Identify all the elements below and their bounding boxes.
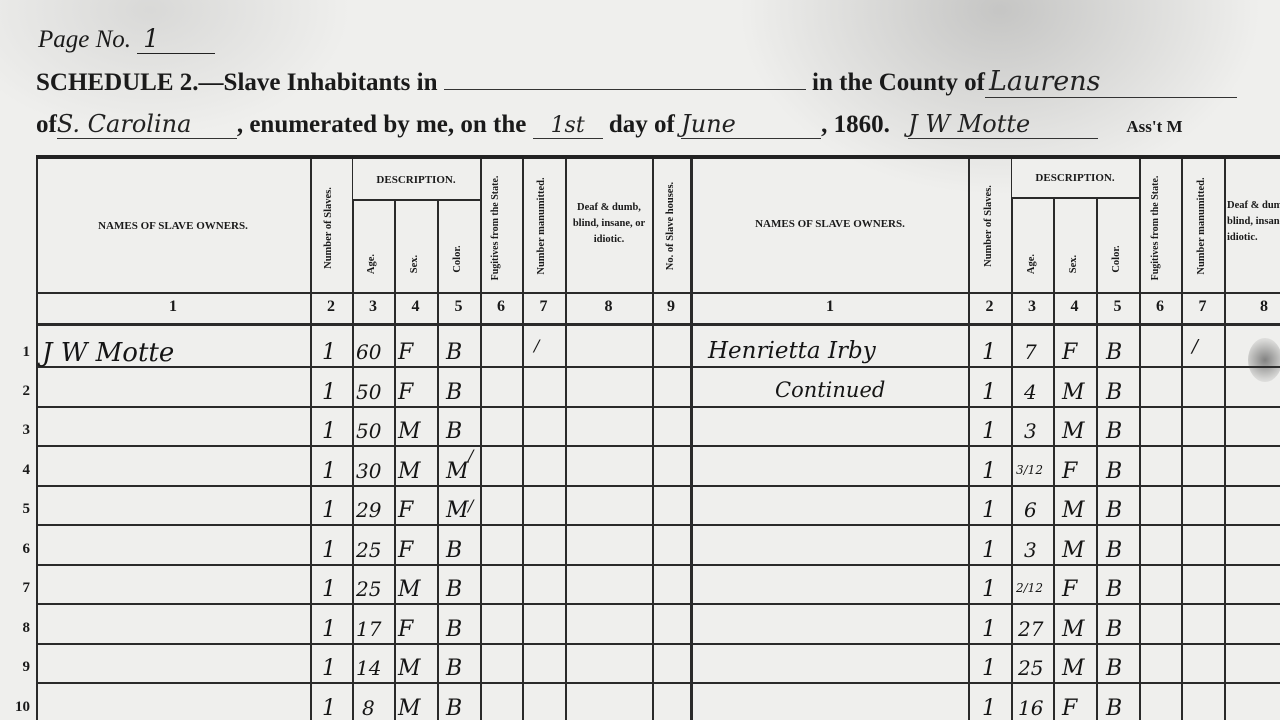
sex: M — [1062, 538, 1085, 563]
age: 3 — [1024, 419, 1037, 443]
column-number-3: 3 — [352, 298, 394, 316]
color: B — [446, 656, 462, 681]
age: 25 — [356, 577, 381, 601]
sex: F — [1062, 696, 1077, 720]
slave-count: 1 — [982, 696, 996, 720]
age: 4 — [1024, 380, 1037, 404]
column-header-deaf-dumb: Deaf & dumb, blind, insane, or idiotic. — [568, 200, 650, 248]
page-label: Page No. — [38, 26, 131, 53]
slave-count: 1 — [322, 656, 336, 681]
sex: M — [398, 696, 421, 720]
column-header-number-of-slaves: Number of Slaves. — [323, 168, 334, 288]
color: B — [1106, 459, 1122, 484]
slave-count: 1 — [322, 380, 336, 405]
sex: F — [398, 380, 413, 405]
column-number-7-right: 7 — [1181, 298, 1224, 316]
age: 6 — [1024, 498, 1037, 522]
row-number: 5 — [8, 501, 30, 518]
month-value: June — [681, 110, 821, 139]
row-number: 6 — [8, 541, 30, 558]
check-mark: / — [468, 446, 473, 465]
column-number-2-right: 2 — [968, 298, 1011, 316]
color: B — [1106, 577, 1122, 602]
enumeration-line: ofS. Carolina, enumerated by me, on the … — [36, 110, 1183, 139]
color: B — [446, 577, 462, 602]
sex: F — [1062, 577, 1077, 602]
manumitted-mark: / — [534, 336, 539, 355]
age: 2/12 — [1016, 581, 1043, 595]
column-header-owners: NAMES OF SLAVE OWNERS. — [40, 220, 306, 232]
sex: M — [1062, 380, 1085, 405]
slave-count: 1 — [982, 617, 996, 642]
column-number-6-right: 6 — [1139, 298, 1181, 316]
day-value: 1st — [533, 113, 603, 139]
county-value: Laurens — [985, 66, 1237, 98]
slave-count: 1 — [322, 577, 336, 602]
column-number-8-right: 8 — [1224, 298, 1280, 316]
age: 16 — [1018, 696, 1043, 720]
column-header-sex-right: Sex. — [1068, 244, 1079, 284]
slave-count: 1 — [982, 419, 996, 444]
county-label: in the County of — [812, 69, 985, 96]
color: B — [446, 617, 462, 642]
column-number-6: 6 — [480, 298, 522, 316]
column-number-1: 1 — [36, 298, 310, 316]
row-number: 7 — [8, 580, 30, 597]
enumerated-label: , enumerated by me, on the — [237, 111, 527, 138]
column-number-3-right: 3 — [1011, 298, 1053, 316]
color: B — [446, 419, 462, 444]
day-of-label: day of — [609, 111, 675, 138]
row-number: 2 — [8, 383, 30, 400]
sex: M — [1062, 656, 1085, 681]
slave-count: 1 — [982, 380, 996, 405]
slave-count: 1 — [322, 340, 336, 365]
sex: M — [398, 419, 421, 444]
color: B — [446, 340, 462, 365]
sex: M — [398, 656, 421, 681]
slave-count: 1 — [982, 538, 996, 563]
sex: M — [398, 577, 421, 602]
page-number-label: Page No. 1 — [38, 24, 215, 54]
sex: F — [398, 340, 413, 365]
slave-count: 1 — [322, 459, 336, 484]
age: 27 — [1018, 617, 1043, 641]
column-header-deaf-dumb-right: Deaf & dumb, blind, insane, or idiotic. — [1227, 198, 1280, 246]
column-number-5: 5 — [437, 298, 480, 316]
slave-count: 1 — [322, 696, 336, 720]
column-header-fugitives: Fugitives from the State. — [490, 168, 501, 288]
age: 8 — [362, 696, 375, 720]
sex: F — [398, 498, 413, 523]
column-header-sex: Sex. — [409, 244, 420, 284]
age: 3/12 — [1016, 463, 1043, 477]
year-value: , 1860. — [821, 111, 890, 138]
sex: F — [398, 538, 413, 563]
color: B — [1106, 617, 1122, 642]
sex: F — [1062, 459, 1077, 484]
page-number: 1 — [137, 24, 215, 54]
color: B — [1106, 380, 1122, 405]
column-number-7: 7 — [522, 298, 565, 316]
color: B — [446, 696, 462, 720]
slave-count: 1 — [982, 498, 996, 523]
color: B — [1106, 656, 1122, 681]
age: 3 — [1024, 538, 1037, 562]
location-blank — [444, 69, 806, 90]
color: B — [1106, 538, 1122, 563]
state-value: S. Carolina — [57, 110, 237, 139]
row-number: 3 — [8, 422, 30, 439]
column-header-number-of-slaves-right: Number of Slaves. — [983, 166, 994, 286]
row-number: 4 — [8, 462, 30, 479]
sex: M — [398, 459, 421, 484]
color: M — [446, 498, 469, 523]
column-header-slave-houses: No. of Slave houses. — [665, 162, 676, 290]
column-number-4: 4 — [394, 298, 437, 316]
color: B — [1106, 340, 1122, 365]
column-header-color-right: Color. — [1111, 234, 1122, 284]
asst-marshal-label: Ass't M — [1126, 117, 1182, 136]
slave-count: 1 — [322, 617, 336, 642]
owner-name: J W Motte — [42, 338, 174, 368]
census-page: Page No. 1 SCHEDULE 2.—Slave Inhabitants… — [0, 0, 1280, 720]
sex: F — [1062, 340, 1077, 365]
column-number-4-right: 4 — [1053, 298, 1096, 316]
row-number: 1 — [8, 344, 30, 361]
age: 60 — [356, 340, 381, 364]
column-header-age: Age. — [366, 244, 377, 284]
slave-count: 1 — [322, 419, 336, 444]
column-number-2: 2 — [310, 298, 352, 316]
color: B — [446, 538, 462, 563]
age: 25 — [1018, 656, 1043, 680]
column-header-manumitted: Number manumitted. — [536, 162, 547, 290]
slave-count: 1 — [982, 577, 996, 602]
color: B — [1106, 696, 1122, 720]
schedule-title-line: SCHEDULE 2.—Slave Inhabitants in in the … — [36, 66, 1237, 98]
age: 30 — [356, 459, 381, 483]
column-header-fugitives-right: Fugitives from the State. — [1150, 168, 1161, 288]
schedule-title: —Slave Inhabitants in — [199, 69, 438, 96]
age: 7 — [1024, 340, 1037, 364]
owner-continued-note: Continued — [775, 378, 885, 402]
enumerator-value: J W Motte — [908, 110, 1098, 139]
owner-name-right: Henrietta Irby — [708, 338, 876, 364]
manumitted-mark: / — [1192, 336, 1198, 357]
color: M — [446, 459, 469, 484]
sex: M — [1062, 498, 1085, 523]
age: 50 — [356, 380, 381, 404]
sex: M — [1062, 617, 1085, 642]
slave-count: 1 — [982, 459, 996, 484]
column-header-description: DESCRIPTION. — [352, 174, 480, 186]
color: B — [1106, 419, 1122, 444]
sex: M — [1062, 419, 1085, 444]
column-header-owners-right: NAMES OF SLAVE OWNERS. — [694, 218, 966, 230]
column-number-8: 8 — [565, 298, 652, 316]
row-number: 8 — [8, 620, 30, 637]
slave-count: 1 — [322, 498, 336, 523]
slave-count: 1 — [322, 538, 336, 563]
row-number: 10 — [8, 699, 30, 716]
column-header-age-right: Age. — [1026, 244, 1037, 284]
slave-count: 1 — [982, 340, 996, 365]
age: 25 — [356, 538, 381, 562]
slave-count: 1 — [982, 656, 996, 681]
column-number-1-right: 1 — [692, 298, 968, 316]
column-number-5-right: 5 — [1096, 298, 1139, 316]
ink-blot — [1248, 338, 1280, 382]
check-mark: / — [468, 496, 473, 515]
sex: F — [398, 617, 413, 642]
column-header-manumitted-right: Number manumitted. — [1196, 162, 1207, 290]
color: B — [1106, 498, 1122, 523]
row-number: 9 — [8, 659, 30, 676]
schedule-label: SCHEDULE 2. — [36, 69, 199, 96]
age: 17 — [356, 617, 381, 641]
age: 29 — [356, 498, 381, 522]
age: 14 — [356, 656, 381, 680]
color: B — [446, 380, 462, 405]
age: 50 — [356, 419, 381, 443]
column-number-9: 9 — [652, 298, 690, 316]
column-header-color: Color. — [452, 234, 463, 284]
column-header-description-right: DESCRIPTION. — [1011, 172, 1139, 184]
of-label: of — [36, 111, 57, 138]
